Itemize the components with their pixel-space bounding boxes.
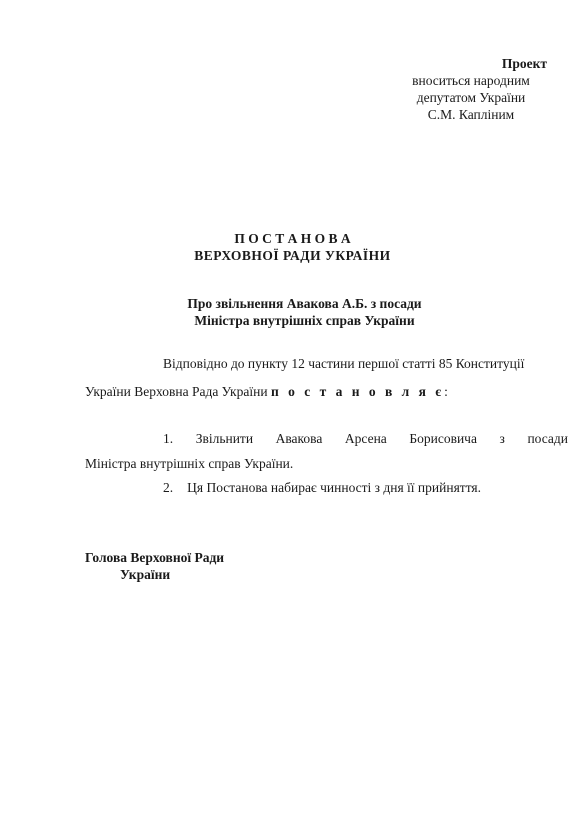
submitted-by-line-3: С.М. Капліним bbox=[396, 106, 546, 123]
item-1-word: Арсена bbox=[345, 430, 387, 447]
resolves-keyword: п о с т а н о в л я є bbox=[271, 384, 444, 399]
document-title: П О С Т А Н О В А bbox=[0, 230, 585, 247]
signature-line-2: України bbox=[120, 566, 170, 583]
item-1-line-2: Міністра внутрішніх справ України. bbox=[85, 455, 293, 472]
item-2-text: Ця Постанова набирає чинності з дня її п… bbox=[187, 480, 481, 495]
item-1-line-1: 1. Звільнити Авакова Арсена Борисовича з… bbox=[163, 430, 568, 447]
item-2: 2.Ця Постанова набирає чинності з дня її… bbox=[163, 479, 481, 496]
preamble-colon: : bbox=[444, 384, 448, 399]
signature-line-1: Голова Верховної Ради bbox=[85, 549, 224, 566]
item-1-word: Борисовича bbox=[409, 430, 477, 447]
subject-line-2: Міністра внутрішніх справ України bbox=[12, 312, 585, 329]
item-1-number: 1. bbox=[163, 430, 173, 447]
submitted-by-line-1: вноситься народним bbox=[396, 72, 546, 89]
item-1-word: з bbox=[500, 430, 505, 447]
subject-line-1: Про звільнення Авакова А.Б. з посади bbox=[12, 295, 585, 312]
preamble-text: України Верховна Рада України bbox=[85, 384, 271, 399]
item-1-word: посади bbox=[527, 430, 568, 447]
preamble-line-2: України Верховна Рада України п о с т а … bbox=[85, 383, 448, 400]
document-page: Проект вноситься народним депутатом Укра… bbox=[0, 0, 585, 830]
item-1-word: Звільнити bbox=[196, 430, 253, 447]
project-label: Проект bbox=[502, 55, 547, 72]
item-2-number: 2. bbox=[163, 480, 173, 495]
document-issuer: ВЕРХОВНОЇ РАДИ УКРАЇНИ bbox=[0, 247, 585, 264]
preamble-line-1: Відповідно до пункту 12 частини першої с… bbox=[163, 355, 524, 372]
item-1-word: Авакова bbox=[276, 430, 323, 447]
submitted-by-line-2: депутатом України bbox=[396, 89, 546, 106]
